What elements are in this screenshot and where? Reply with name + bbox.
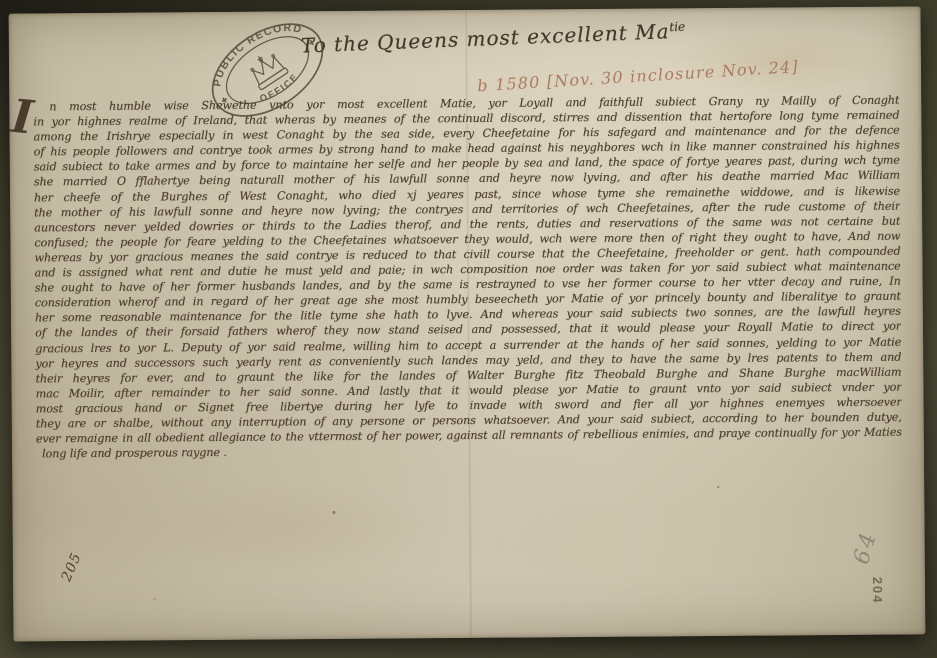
stamped-folio-number: 204 — [870, 577, 885, 605]
paper-stain — [132, 480, 433, 572]
pencil-folio-number: 64 — [849, 528, 882, 567]
folio-number-left: 205 — [58, 550, 85, 584]
decorated-initial: I — [9, 93, 32, 141]
ink-speck — [332, 511, 335, 514]
manuscript-paper: PUBLIC RECORD OFFICE ✚ ✚ — [9, 6, 926, 641]
address-superscript: tie — [669, 19, 685, 34]
ink-speck — [153, 598, 156, 600]
scan-background: PUBLIC RECORD OFFICE ✚ ✚ — [0, 0, 937, 658]
petition-body: n most humble wise Shewethe vnto yor mos… — [33, 93, 902, 462]
ink-speck — [717, 486, 719, 488]
